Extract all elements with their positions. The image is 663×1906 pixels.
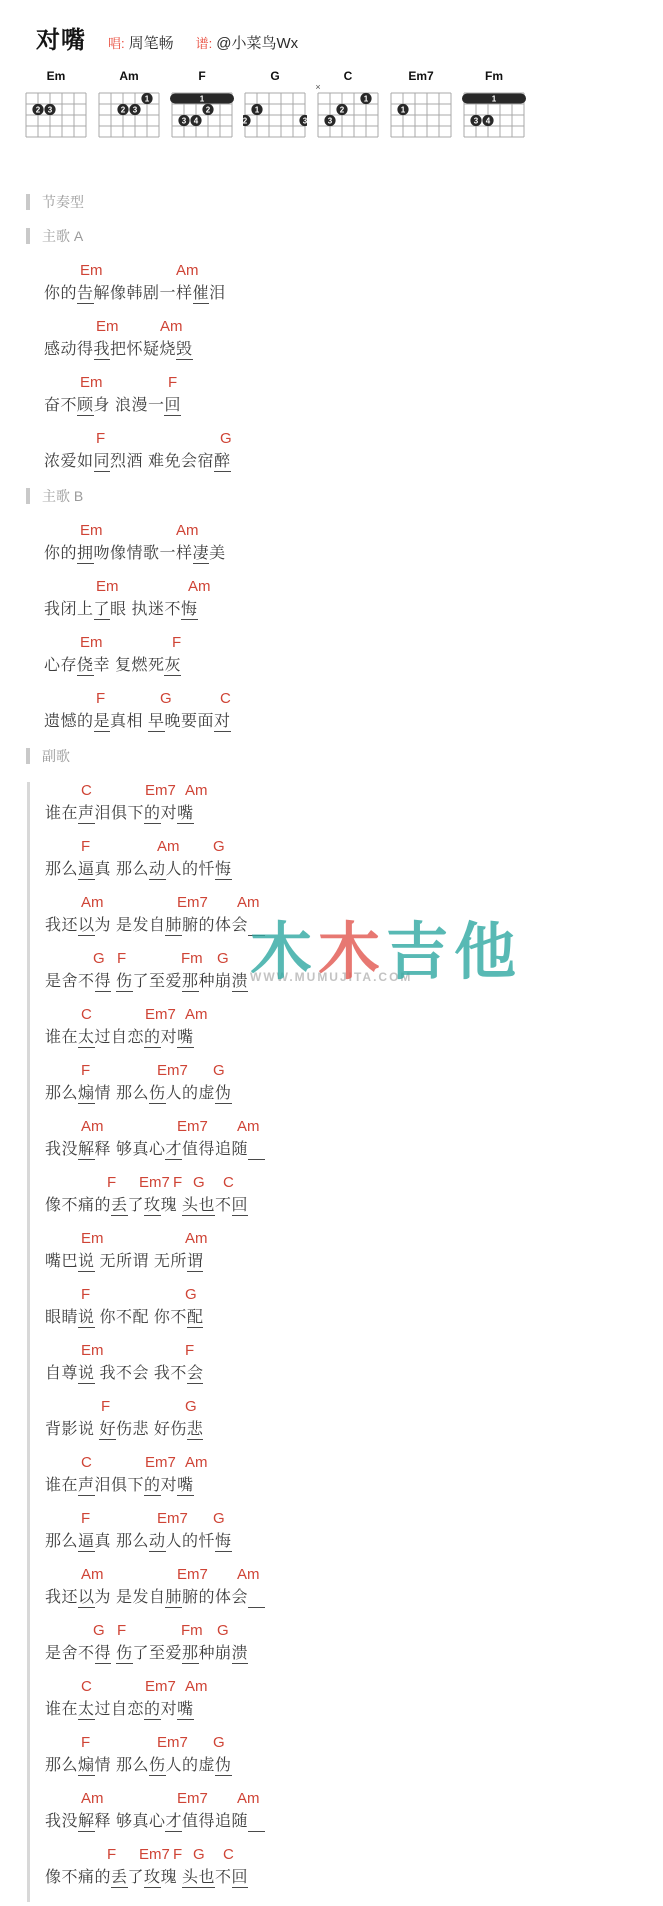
lyric-plain: 像不痛的 [45,1869,111,1886]
chord-symbol: F [81,1062,90,1079]
svg-text:2: 2 [243,116,248,125]
chord-diagram-Fm: Fm134 [462,69,526,146]
lyric-underlined: 得 [95,1645,112,1664]
lyric-text: 那么逼真 那么动人的忏悔 [45,1528,663,1550]
lyric-plain: 情 那么 [95,1085,149,1102]
lyric-underlined [248,917,265,936]
svg-text:1: 1 [492,95,497,104]
chord-symbol: Am [176,262,199,279]
lyric-plain: 为 是发自 [95,917,166,934]
lyric-text: 奋不顾身 浪漫一回 [44,392,663,414]
lyric-plain: 人的忏 [166,861,216,878]
lyric-plain: 人的忏 [166,1533,216,1550]
chord-row: FAmG [45,838,663,856]
chord-symbol: Em7 [157,1510,188,1527]
lyric-underlined: 玫 [144,1869,161,1888]
lyric-plain: 心存 [44,657,77,674]
lyric-plain: 那么 [45,1085,78,1102]
lyric-plain: 了 [128,1869,145,1886]
chord-symbol: G [193,1846,205,1863]
chord-row: FEm7FGC [45,1846,663,1864]
chord-symbol: Em7 [177,1118,208,1135]
lyric-plain: 身 浪漫一 [94,397,165,414]
chord-symbol: Em [96,578,119,595]
verse-block: EmAm你的拥吻像情歌一样凄美EmAm我闭上了眼 执迷不悔EmF心存侥幸 复燃死… [44,522,663,746]
lyric-underlined: 会 [187,1365,204,1384]
song-header: 对嘴 唱:周笔畅 谱:@小菜鸟Wx [0,0,663,55]
lyric-plain: 情 那么 [95,1757,149,1774]
lyric-plain: 你的 [44,545,77,562]
lyric-text: 我闭上了眼 执迷不悔 [44,596,663,618]
section-header: 节奏型 [26,194,663,210]
chord-row: GFFmG [45,950,663,968]
chord-diagram-C: C×123 [316,69,380,146]
chord-row: EmAm [44,522,663,540]
lyric-line: EmAm我闭上了眼 执迷不悔 [44,578,663,634]
chord-symbol: G [185,1286,197,1303]
lyric-plain: 我还 [45,917,78,934]
lyric-plain: 瑰 [161,1197,182,1214]
lyric-sections: 节奏型主歌 AEmAm你的告解像韩剧一样催泪EmAm感动得我把怀疑烧毁EmF奋不… [26,194,663,1902]
lyric-underlined: 嘴 [177,1029,194,1048]
lyric-underlined: 回 [232,1869,249,1888]
lyric-underlined: 伤 [149,1757,166,1776]
chord-row: EmF [44,634,663,652]
chord-symbol: Am [157,838,180,855]
lyric-line: AmEm7Am我还以为 是发自肺腑的体会 [45,1566,663,1622]
chord-row: EmAm [44,318,663,336]
charter-label: 谱: [196,36,213,51]
lyric-underlined [248,1141,265,1160]
lyric-line: FEm7G那么煽情 那么伤人的虚伪 [45,1734,663,1790]
lyric-line: CEm7Am谁在声泪俱下的对嘴 [45,782,663,838]
chorus-block: CEm7Am谁在声泪俱下的对嘴FAmG那么逼真 那么动人的忏悔AmEm7Am我还… [27,782,663,1902]
lyric-plain: 对 [161,1477,178,1494]
lyric-plain: 种崩 [199,973,232,990]
chord-symbol: Em [80,522,103,539]
svg-text:3: 3 [133,105,138,114]
lyric-text: 我没解释 够真心才值得追随 [45,1136,663,1158]
lyric-underlined: 同 [94,453,111,472]
chord-symbol: G [213,838,225,855]
section-label: 主歌 A [42,226,83,246]
lyric-underlined: 声 [78,805,95,824]
chord-diagram-Em7: Em71 [389,69,453,146]
chord-symbol: G [217,1622,229,1639]
lyric-underlined: 头也 [182,1197,215,1216]
chord-symbol: F [185,1342,194,1359]
lyric-plain: 我还 [45,1589,78,1606]
chord-symbol: F [107,1174,116,1191]
lyric-plain: 背影说 [45,1421,99,1438]
chord-row: AmEm7Am [45,1118,663,1136]
chord-symbol: Em7 [145,1678,176,1695]
lyric-underlined: 悔 [215,1533,232,1552]
chord-row: EmAm [44,578,663,596]
chord-symbol: F [172,634,181,651]
lyric-text: 你的告解像韩剧一样催泪 [44,280,663,302]
lyric-plain: 晚要面 [165,713,215,730]
chord-row: AmEm7Am [45,1790,663,1808]
section-label: 副歌 [42,746,70,766]
chord-grid: 1234 [170,83,234,146]
lyric-text: 是舍不得 伤了至爱那种崩溃 [45,1640,663,1662]
svg-text:2: 2 [206,105,211,114]
chord-symbol: G [185,1398,197,1415]
section: 节奏型 [26,194,663,210]
chord-symbol: G [213,1734,225,1751]
chord-row: FEm7G [45,1062,663,1080]
lyric-plain: 种崩 [199,1645,232,1662]
chord-diagram-label: C [316,69,380,83]
lyric-underlined: 解 [78,1141,95,1160]
svg-text:4: 4 [486,116,491,125]
chord-sheet-page: 对嘴 唱:周笔畅 谱:@小菜鸟Wx Em23Am123F1234G123C×12… [0,0,663,1906]
chord-grid: 23 [24,83,88,146]
chord-symbol: F [101,1398,110,1415]
section-marker-bar [26,194,30,210]
lyric-plain: 感动得 [44,341,94,358]
chord-symbol: Em [80,374,103,391]
svg-text:×: × [316,83,321,92]
chord-symbol: Em [80,634,103,651]
lyric-underlined: 肺 [165,1589,182,1608]
lyric-underlined: 回 [232,1197,249,1216]
chord-diagram-label: Em [24,69,88,83]
chord-diagram-F: F1234 [170,69,234,146]
section-marker-bar [26,228,30,244]
lyric-line: EmF奋不顾身 浪漫一回 [44,374,663,430]
svg-text:1: 1 [401,105,406,114]
lyric-line: EmF自尊说 我不会 我不会 [45,1342,663,1398]
lyric-plain: 腑的体会 [182,1589,248,1606]
lyric-underlined: 嘴 [177,805,194,824]
lyric-underlined: 嘴 [177,1701,194,1720]
chord-symbol: G [93,950,105,967]
chord-diagram-label: Fm [462,69,526,83]
lyric-underlined: 以 [78,1589,95,1608]
svg-text:1: 1 [200,95,205,104]
lyric-plain: 我没 [45,1141,78,1158]
chord-diagram-label: Am [97,69,161,83]
lyric-plain: 解像韩剧一样 [94,285,193,302]
lyric-underlined: 溃 [232,973,249,992]
lyric-underlined: 毁 [176,341,193,360]
lyric-underlined: 那 [182,973,199,992]
lyric-underlined: 太 [78,1701,95,1720]
lyric-plain: 美 [209,545,226,562]
section-header: 主歌 A [26,228,663,244]
lyric-plain: 对 [161,805,178,822]
lyric-plain: 是舍不 [45,973,95,990]
lyric-text: 那么煽情 那么伤人的虚伪 [45,1080,663,1102]
lyric-line: EmF心存侥幸 复燃死灰 [44,634,663,690]
lyric-plain: 过自恋 [95,1701,145,1718]
lyric-line: FGC遗憾的是真相 早晚要面对 [44,690,663,746]
chord-row: CEm7Am [45,1678,663,1696]
section: 主歌 AEmAm你的告解像韩剧一样催泪EmAm感动得我把怀疑烧毁EmF奋不顾身 … [26,228,663,486]
chord-row: FG [45,1398,663,1416]
lyric-line: EmAm你的告解像韩剧一样催泪 [44,262,663,318]
lyric-plain: 自尊 [45,1365,78,1382]
chord-diagram-G: G123 [243,69,307,146]
lyric-plain: 腑的体会 [182,917,248,934]
lyric-text: 我还以为 是发自肺腑的体会 [45,1584,663,1606]
lyric-text: 谁在声泪俱下的对嘴 [45,800,663,822]
chord-symbol: F [81,1734,90,1751]
chord-symbol: Am [185,782,208,799]
chord-diagram-label: Em7 [389,69,453,83]
chord-symbol: Em7 [177,1566,208,1583]
lyric-plain: 释 够真心 [95,1141,166,1158]
lyric-underlined: 头也 [182,1869,215,1888]
lyric-underlined: 醉 [214,453,231,472]
lyric-underlined: 得 [95,973,112,992]
chord-symbol: Am [185,1678,208,1695]
lyric-text: 心存侥幸 复燃死灰 [44,652,663,674]
chord-diagram-label: G [243,69,307,83]
chord-symbol: Em7 [177,1790,208,1807]
chord-symbol: F [96,690,105,707]
lyric-line: FG背影说 好伤悲 好伤悲 [45,1398,663,1454]
lyric-text: 眼睛说 你不配 你不配 [45,1304,663,1326]
chord-symbol: F [168,374,177,391]
chord-symbol: G [213,1062,225,1079]
chord-symbol: Am [237,1118,260,1135]
lyric-underlined: 说 [78,1309,95,1328]
lyric-line: CEm7Am谁在太过自恋的对嘴 [45,1678,663,1734]
lyric-plain: 你的 [44,285,77,302]
chord-grid: 123 [243,83,307,146]
chord-row: FG [45,1286,663,1304]
chord-symbol: F [81,1510,90,1527]
lyric-text: 那么逼真 那么动人的忏悔 [45,856,663,878]
lyric-line: EmAm嘴巴说 无所谓 无所谓 [45,1230,663,1286]
lyric-plain: 烈酒 难免会宿 [110,453,214,470]
svg-text:3: 3 [328,116,333,125]
svg-text:2: 2 [340,105,345,114]
lyric-underlined: 伪 [215,1085,232,1104]
chord-row: GFFmG [45,1622,663,1640]
lyric-plain: 眼睛 [45,1309,78,1326]
chord-row: AmEm7Am [45,894,663,912]
lyric-plain: 谁在 [45,1701,78,1718]
lyric-text: 我没解释 够真心才值得追随 [45,1808,663,1830]
chord-symbol: Fm [181,1622,203,1639]
svg-text:4: 4 [194,116,199,125]
lyric-line: FG浓爱如同烈酒 难免会宿醉 [44,430,663,486]
section-marker-bar [26,748,30,764]
lyric-plain: 了 [128,1197,145,1214]
lyric-plain: 值得追随 [182,1141,248,1158]
lyric-underlined: 了 [94,601,111,620]
chord-diagram-Am: Am123 [97,69,161,146]
chord-symbol: Am [176,522,199,539]
chord-symbol: F [117,1622,126,1639]
lyric-plain: 伤悲 好伤 [116,1421,187,1438]
lyric-plain: 对 [161,1029,178,1046]
chord-row: EmF [44,374,663,392]
section: 副歌CEm7Am谁在声泪俱下的对嘴FAmG那么逼真 那么动人的忏悔AmEm7Am… [26,748,663,1902]
chord-symbol: Em [81,1230,104,1247]
lyric-plain: 是舍不 [45,1645,95,1662]
lyric-text: 遗憾的是真相 早晚要面对 [44,708,663,730]
lyric-underlined: 谓 [187,1253,204,1272]
lyric-underlined: 的 [144,805,161,824]
chord-symbol: G [193,1174,205,1191]
chord-symbol: Am [81,1566,104,1583]
lyric-plain: 吻像情歌一样 [94,545,193,562]
chord-symbol: Em [81,1342,104,1359]
lyric-underlined: 解 [78,1813,95,1832]
chord-symbol: Em7 [177,894,208,911]
chord-row: EmF [45,1342,663,1360]
lyric-plain: 我没 [45,1813,78,1830]
section-label: 节奏型 [42,192,84,212]
lyric-underlined: 煽 [78,1757,95,1776]
lyric-plain: 对 [161,1701,178,1718]
lyric-plain: 泪俱下 [95,1477,145,1494]
lyric-plain: 真 那么 [95,1533,149,1550]
lyric-underlined: 煽 [78,1085,95,1104]
chord-symbol: Em [96,318,119,335]
svg-text:2: 2 [121,105,126,114]
lyric-underlined: 伪 [215,1757,232,1776]
svg-text:3: 3 [182,116,187,125]
lyric-underlined: 对 [214,713,231,732]
lyric-text: 像不痛的丢了玫瑰 头也不回 [45,1864,663,1886]
chord-symbol: Am [188,578,211,595]
chord-row: FG [44,430,663,448]
chord-symbol: Am [185,1006,208,1023]
lyric-plain: 谁在 [45,805,78,822]
lyric-underlined: 动 [149,1533,166,1552]
chord-symbol: C [81,1006,92,1023]
lyric-text: 像不痛的丢了玫瑰 头也不回 [45,1192,663,1214]
lyric-underlined: 丢 [111,1197,128,1216]
lyric-underlined: 催 [193,285,210,304]
lyric-underlined: 说 [78,1253,95,1272]
lyric-underlined: 是 [94,713,111,732]
lyric-underlined: 声 [78,1477,95,1496]
lyric-underlined: 悲 [187,1421,204,1440]
chord-grid: 123 [97,83,161,146]
lyric-underlined: 伤 [116,1645,133,1664]
chord-symbol: F [107,1846,116,1863]
lyric-plain: 释 够真心 [95,1813,166,1830]
lyric-plain: 嘴巴 [45,1253,78,1270]
verse-block: EmAm你的告解像韩剧一样催泪EmAm感动得我把怀疑烧毁EmF奋不顾身 浪漫一回… [44,262,663,486]
charter-name: @小菜鸟Wx [216,35,298,52]
lyric-plain: 人的虚 [166,1085,216,1102]
lyric-text: 谁在太过自恋的对嘴 [45,1696,663,1718]
chord-symbol: G [220,430,232,447]
svg-text:3: 3 [303,116,307,125]
lyric-underlined: 那 [182,1645,199,1664]
singer-label: 唱: [108,36,125,51]
chord-row: FEm7G [45,1510,663,1528]
chord-symbol: F [173,1846,182,1863]
lyric-plain: 无所谓 无所 [95,1253,187,1270]
chord-row: CEm7Am [45,1006,663,1024]
svg-text:3: 3 [474,116,479,125]
lyric-plain: 像不痛的 [45,1197,111,1214]
lyric-text: 背影说 好伤悲 好伤悲 [45,1416,663,1438]
lyric-plain: 我闭上 [44,601,94,618]
chord-symbol: Am [160,318,183,335]
lyric-line: CEm7Am谁在声泪俱下的对嘴 [45,1454,663,1510]
chord-symbol: G [160,690,172,707]
chord-symbol: C [220,690,231,707]
chord-symbol: C [223,1846,234,1863]
lyric-underlined: 逼 [78,1533,95,1552]
lyric-plain: 眼 执迷不 [110,601,181,618]
chord-symbol: Em7 [157,1062,188,1079]
lyric-underlined: 嘴 [177,1477,194,1496]
svg-text:1: 1 [145,94,150,103]
lyric-underlined: 丢 [111,1869,128,1888]
lyric-text: 那么煽情 那么伤人的虚伪 [45,1752,663,1774]
lyric-text: 自尊说 我不会 我不会 [45,1360,663,1382]
lyric-text: 感动得我把怀疑烧毁 [44,336,663,358]
chord-symbol: Am [81,1118,104,1135]
lyric-underlined: 凄 [193,545,210,564]
lyric-line: FEm7FGC像不痛的丢了玫瑰 头也不回 [45,1174,663,1230]
chord-row: FGC [44,690,663,708]
chord-grid: 134 [462,83,526,146]
lyric-underlined: 告 [77,285,94,304]
lyric-line: CEm7Am谁在太过自恋的对嘴 [45,1006,663,1062]
lyric-underlined: 动 [149,861,166,880]
lyric-plain: 谁在 [45,1477,78,1494]
chord-diagram-label: F [170,69,234,83]
lyric-plain: 泪俱下 [95,805,145,822]
lyric-line: FAmG那么逼真 那么动人的忏悔 [45,838,663,894]
chord-diagram-Em: Em23 [24,69,88,146]
lyric-plain: 了至爱 [133,1645,183,1662]
lyric-plain: 谁在 [45,1029,78,1046]
lyric-underlined [248,1813,265,1832]
lyric-underlined: 回 [164,397,181,416]
lyric-plain: 遗憾的 [44,713,94,730]
lyric-text: 浓爱如同烈酒 难免会宿醉 [44,448,663,470]
lyric-line: GFFmG是舍不得 伤了至爱那种崩溃 [45,950,663,1006]
lyric-plain: 你不配 你不 [95,1309,187,1326]
lyric-underlined: 好 [99,1421,116,1440]
chord-symbol: Em7 [157,1734,188,1751]
lyric-plain: 过自恋 [95,1029,145,1046]
lyric-underlined: 才 [165,1813,182,1832]
svg-text:3: 3 [48,105,53,114]
lyric-underlined: 玫 [144,1197,161,1216]
chord-symbol: C [223,1174,234,1191]
lyric-underlined: 我 [94,341,111,360]
lyric-plain: 我不会 我不 [95,1365,187,1382]
lyric-line: EmAm你的拥吻像情歌一样凄美 [44,522,663,578]
chord-symbol: Am [81,1790,104,1807]
singer-name: 周笔畅 [129,35,174,52]
chord-symbol: Am [185,1454,208,1471]
lyric-plain: 那么 [45,1533,78,1550]
lyric-underlined: 伤 [149,1085,166,1104]
lyric-underlined: 拥 [77,545,94,564]
lyric-plain: 人的虚 [166,1757,216,1774]
section-marker-bar [26,488,30,504]
lyric-text: 是舍不得 伤了至爱那种崩溃 [45,968,663,990]
lyric-underlined: 说 [78,1365,95,1384]
lyric-line: EmAm感动得我把怀疑烧毁 [44,318,663,374]
chord-symbol: Em7 [145,1454,176,1471]
